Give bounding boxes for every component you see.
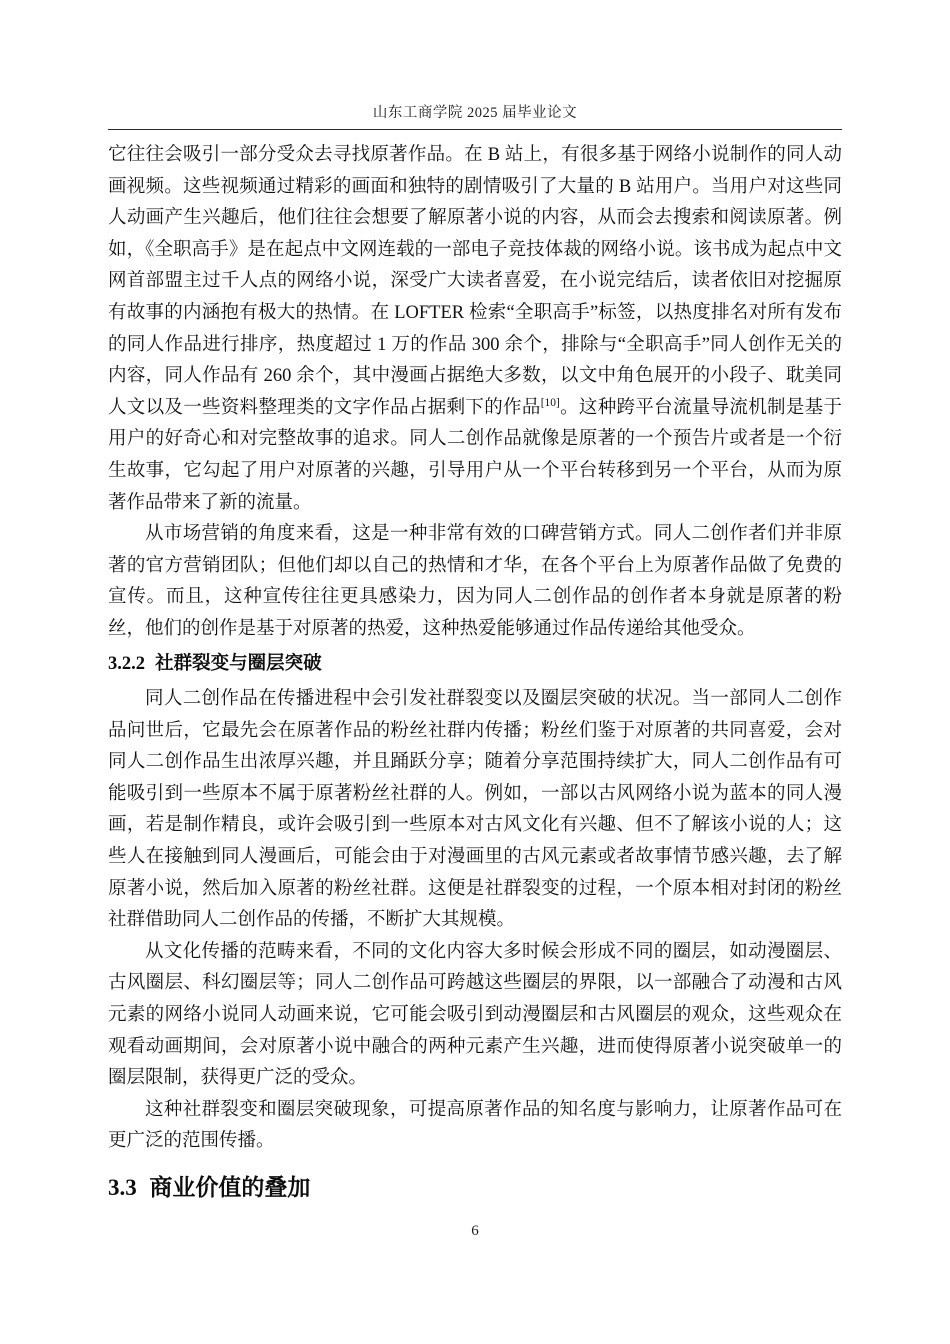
heading-3-2-2-title: 社群裂变与圈层突破 [155,654,322,674]
heading-3-3-title: 商业价值的叠加 [149,1175,310,1200]
paragraph-1-text-before-citation: 它往往会吸引一部分受众去寻找原著作品。在 B 站上，有很多基于网络小说制作的同人… [108,145,842,418]
heading-3-2-2: 3.2.2社群裂变与圈层突破 [108,649,842,681]
heading-3-3: 3.3商业价值的叠加 [108,1171,842,1205]
header-rule [108,129,842,130]
running-head-title: 山东工商学院 2025 届毕业论文 [108,103,842,123]
page-number: 6 [471,1223,479,1239]
heading-3-3-number: 3.3 [108,1175,137,1200]
body-paragraph-3: 同人二创作品在传播进程中会引发社群裂变以及圈层突破的状况。当一部同人二创作品问世… [108,684,842,937]
thesis-page: 山东工商学院 2025 届毕业论文 它往往会吸引一部分受众去寻找原著作品。在 B… [0,0,950,1344]
page-footer: 6 [0,1221,950,1241]
body-paragraph-1: 它往往会吸引一部分受众去寻找原著作品。在 B 站上，有很多基于网络小说制作的同人… [108,140,842,519]
heading-3-2-2-number: 3.2.2 [108,654,145,674]
body-paragraph-5: 这种社群裂变和圈层突破现象，可提高原著作品的知名度与影响力，让原著作品可在更广泛… [108,1095,842,1158]
page-header: 山东工商学院 2025 届毕业论文 [108,0,842,130]
body-paragraph-2: 从市场营销的角度来看，这是一种非常有效的口碑营销方式。同人二创作者们并非原著的官… [108,519,842,645]
document-body: 它往往会吸引一部分受众去寻找原著作品。在 B 站上，有很多基于网络小说制作的同人… [108,140,842,1205]
citation-ref-10: [10] [541,397,560,409]
body-paragraph-4: 从文化传播的范畴来看，不同的文化内容大多时候会形成不同的圈层，如动漫圈层、古风圈… [108,937,842,1095]
